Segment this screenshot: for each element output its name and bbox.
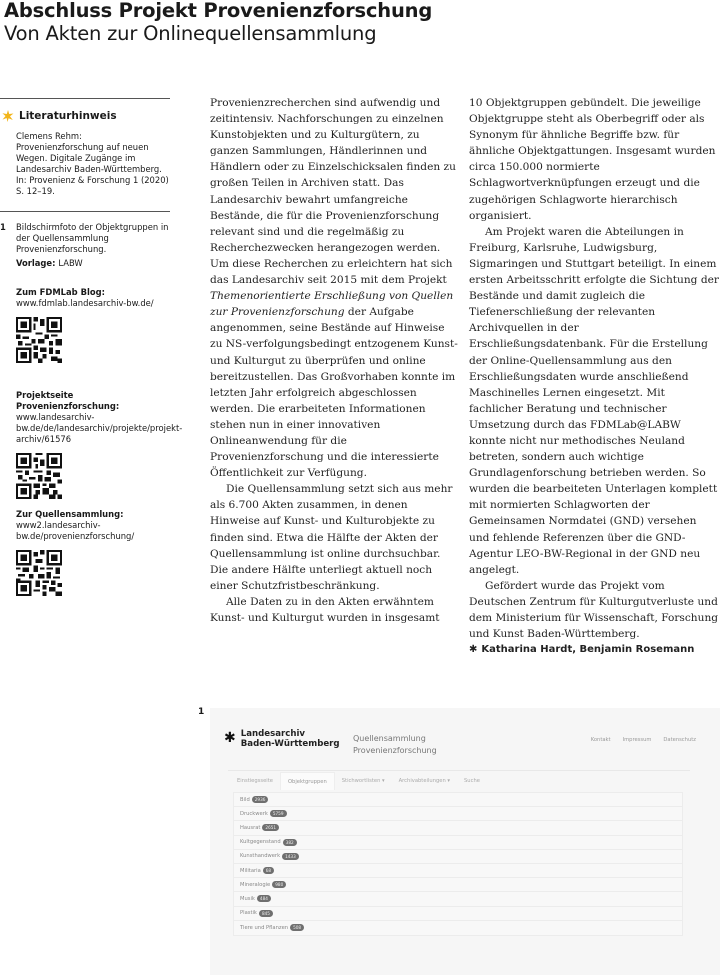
group-name: Druckwerk	[240, 811, 268, 817]
link-source-collection: Zur Quellensammlung: www2.landesarchiv-b…	[16, 509, 176, 596]
paragraph: Alle Daten zu in den Akten erwähntem Kun…	[210, 594, 460, 626]
tab-objektgruppen[interactable]: Objektgruppen	[280, 772, 335, 790]
paragraph-text: der Aufgabe angenommen, seine Bestände a…	[210, 306, 458, 479]
paragraph: 10 Objektgruppen gebündelt. Die jeweilig…	[469, 95, 719, 224]
tab-einstiegsseite[interactable]: Einstiegsseite	[230, 772, 280, 790]
link-url[interactable]: www.fdmlab.landesarchiv-bw.de/	[16, 298, 176, 309]
group-name: Musik	[240, 896, 255, 902]
count-badge: 1433	[282, 853, 299, 860]
list-item[interactable]: Mineralogie980	[234, 878, 682, 892]
list-item[interactable]: Bild2936	[234, 793, 682, 807]
count-badge: 382	[283, 839, 297, 846]
group-name: Militaria	[240, 868, 261, 874]
literature-title: Literaturhinweis	[19, 110, 117, 122]
article-subtitle: Von Akten zur Onlinequellensammlung	[4, 22, 444, 46]
figure-caption: 1 Bildschirmfoto der Objektgruppen in de…	[0, 222, 170, 255]
star-icon	[2, 110, 14, 122]
list-item[interactable]: Hausrat2651	[234, 821, 682, 835]
link-impressum[interactable]: Impressum	[623, 737, 652, 743]
tab-stichwortlisten[interactable]: Stichwortlisten ▾	[335, 772, 392, 790]
body-column-2: 10 Objektgruppen gebündelt. Die jeweilig…	[469, 95, 719, 658]
list-item[interactable]: Tiere und Pflanzen508	[234, 921, 682, 935]
sidebar: Literaturhinweis Clemens Rehm: Provenien…	[0, 98, 170, 268]
project-title: Themenorientierte Erschließung von Quell…	[210, 290, 453, 318]
divider	[0, 211, 170, 212]
group-name: Kultgegenstand	[240, 839, 281, 845]
landesarchiv-logo[interactable]: ✱ Landesarchiv Baden-Württemberg	[224, 730, 340, 749]
logo-text: Landesarchiv Baden-Württemberg	[241, 730, 340, 749]
list-item[interactable]: Musik484	[234, 892, 682, 906]
count-badge: 68	[263, 867, 274, 874]
count-badge: 2651	[262, 824, 279, 831]
group-name: Hausrat	[240, 825, 260, 831]
link-url[interactable]: www.landesarchiv-bw.de/de/landesarchiv/p…	[16, 412, 176, 445]
literature-reference: Clemens Rehm: Provenienzforschung auf ne…	[16, 131, 172, 197]
caption-text: Bildschirmfoto der Objektgruppen in der …	[16, 222, 170, 255]
site-title: Quellensammlung Provenienzforschung	[353, 733, 437, 757]
group-name: Tiere und Pflanzen	[240, 925, 288, 931]
caption-number: 1	[0, 222, 16, 255]
body-column-1: Provenienzrecherchen sind aufwendig und …	[210, 95, 460, 626]
count-badge: 484	[257, 895, 271, 902]
count-badge: 2936	[252, 796, 269, 803]
list-item[interactable]: Militaria68	[234, 864, 682, 878]
paragraph: Die Quellensammlung setzt sich aus mehr …	[210, 481, 460, 594]
link-kontakt[interactable]: Kontakt	[591, 737, 611, 743]
link-url[interactable]: www2.landesarchiv-bw.de/provenienzforsch…	[16, 520, 176, 542]
source-value: LABW	[58, 258, 82, 268]
logo-line-2: Baden-Württemberg	[241, 740, 340, 750]
link-label: Projektseite Provenienzforschung:	[16, 390, 176, 412]
author-names: Katharina Hardt, Benjamin Rosemann	[481, 642, 694, 658]
link-datenschutz[interactable]: Datenschutz	[663, 737, 696, 743]
count-badge: 845	[259, 910, 273, 917]
asterisk-logo-icon: ✱	[469, 642, 477, 658]
site-title-line-1: Quellensammlung	[353, 733, 437, 745]
tab-archivabteilungen[interactable]: Archivabteilungen ▾	[392, 772, 457, 790]
group-name: Bild	[240, 797, 250, 803]
website-screenshot: ✱ Landesarchiv Baden-Württemberg Quellen…	[210, 708, 720, 975]
list-item[interactable]: Druckwerk5759	[234, 807, 682, 821]
qr-code-icon[interactable]	[16, 453, 62, 499]
object-group-list: Bild2936 Druckwerk5759 Hausrat2651 Kultg…	[233, 792, 683, 936]
source-label: Vorlage:	[16, 258, 55, 268]
tab-suche[interactable]: Suche	[457, 772, 487, 790]
paragraph: Gefördert wurde das Projekt vom Deutsche…	[469, 578, 719, 642]
count-badge: 508	[290, 924, 304, 931]
paragraph-text: Provenienzrecherchen sind aufwendig und …	[210, 97, 456, 286]
link-fdmlab-blog: Zum FDMLab Blog: www.fdmlab.landesarchiv…	[16, 287, 176, 363]
figure-number: 1	[198, 707, 204, 717]
site-nav: Einstiegsseite Objektgruppen Stichwortli…	[230, 772, 487, 790]
group-name: Mineralogie	[240, 882, 270, 888]
article-title: Abschluss Projekt Provenienzforschung	[4, 0, 444, 22]
article-header: Abschluss Projekt Provenienzforschung Vo…	[4, 0, 444, 46]
link-label: Zur Quellensammlung:	[16, 509, 176, 520]
count-badge: 980	[272, 881, 286, 888]
group-name: Plastik	[240, 910, 257, 916]
count-badge: 5759	[270, 810, 287, 817]
qr-code-icon[interactable]	[16, 550, 62, 596]
list-item[interactable]: Kultgegenstand382	[234, 836, 682, 850]
list-item[interactable]: Kunsthandwerk1433	[234, 850, 682, 864]
paragraph: Provenienzrecherchen sind aufwendig und …	[210, 95, 460, 481]
list-item[interactable]: Plastik845	[234, 907, 682, 921]
caption-source: Vorlage: LABW	[16, 258, 170, 268]
author-line: ✱ Katharina Hardt, Benjamin Rosemann	[469, 642, 719, 658]
link-project-page: Projektseite Provenienzforschung: www.la…	[16, 390, 176, 499]
qr-code-icon[interactable]	[16, 317, 62, 363]
site-title-line-2: Provenienzforschung	[353, 745, 437, 757]
divider	[0, 98, 170, 99]
link-label: Zum FDMLab Blog:	[16, 287, 176, 298]
group-name: Kunsthandwerk	[240, 853, 280, 859]
divider	[228, 770, 690, 771]
paragraph: Am Projekt waren die Abteilungen in Frei…	[469, 224, 719, 578]
top-links: Kontakt Impressum Datenschutz	[591, 737, 696, 743]
asterisk-logo-icon: ✱	[224, 730, 236, 744]
literature-heading: Literaturhinweis	[0, 109, 170, 123]
